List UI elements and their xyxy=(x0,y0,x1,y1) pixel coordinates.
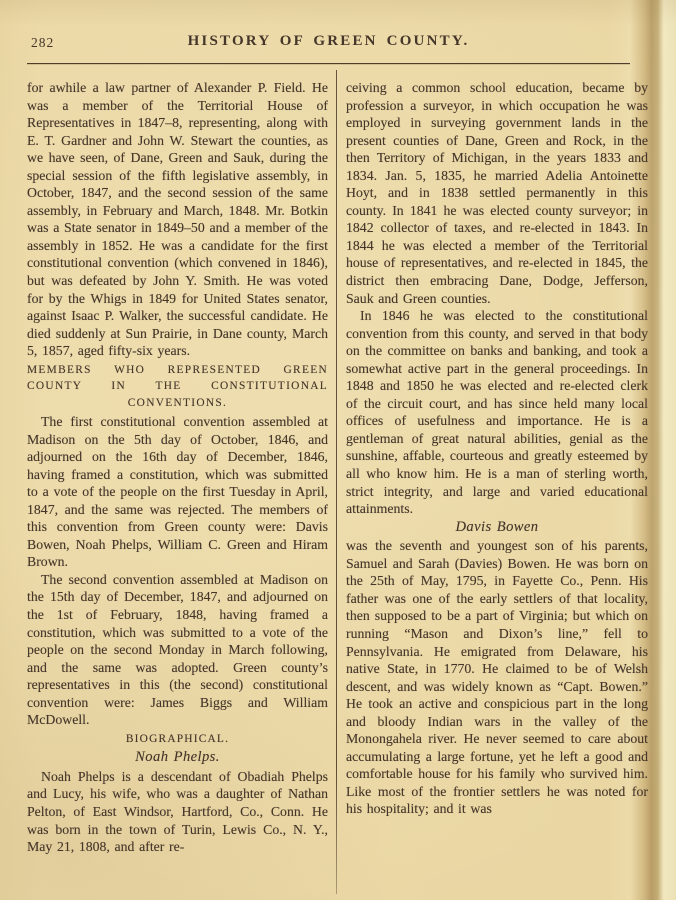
header-rule xyxy=(27,63,630,64)
paragraph: for awhile a law partner of Alexander P.… xyxy=(27,79,328,360)
paragraph: Noah Phelps is a descendant of Obadiah P… xyxy=(27,768,328,856)
running-head: 282 HISTORY OF GREEN COUNTY. xyxy=(27,33,630,53)
name-heading: Davis Bowen xyxy=(346,519,648,537)
paragraph: ceiving a common school education, becam… xyxy=(346,79,648,307)
paragraph: In 1846 he was elected to the constituti… xyxy=(346,307,648,518)
paragraph: The first constitutional convention asse… xyxy=(27,413,328,571)
paragraph: was the seventh and youngest son of his … xyxy=(346,537,648,818)
name-heading: Noah Phelps. xyxy=(27,749,328,767)
book-page: 282 HISTORY OF GREEN COUNTY. for awhile … xyxy=(0,0,676,900)
column-divider-rule xyxy=(336,70,337,894)
paragraph: The second convention assembled at Madis… xyxy=(27,571,328,729)
subsection-heading: BIOGRAPHICAL. xyxy=(27,731,328,749)
right-column: ceiving a common school education, becam… xyxy=(346,79,648,818)
left-column: for awhile a law partner of Alexander P.… xyxy=(27,79,328,856)
page-title: HISTORY OF GREEN COUNTY. xyxy=(27,33,630,50)
section-heading: MEMBERS WHO REPRESENTED GREEN COUNTY IN … xyxy=(27,362,328,411)
